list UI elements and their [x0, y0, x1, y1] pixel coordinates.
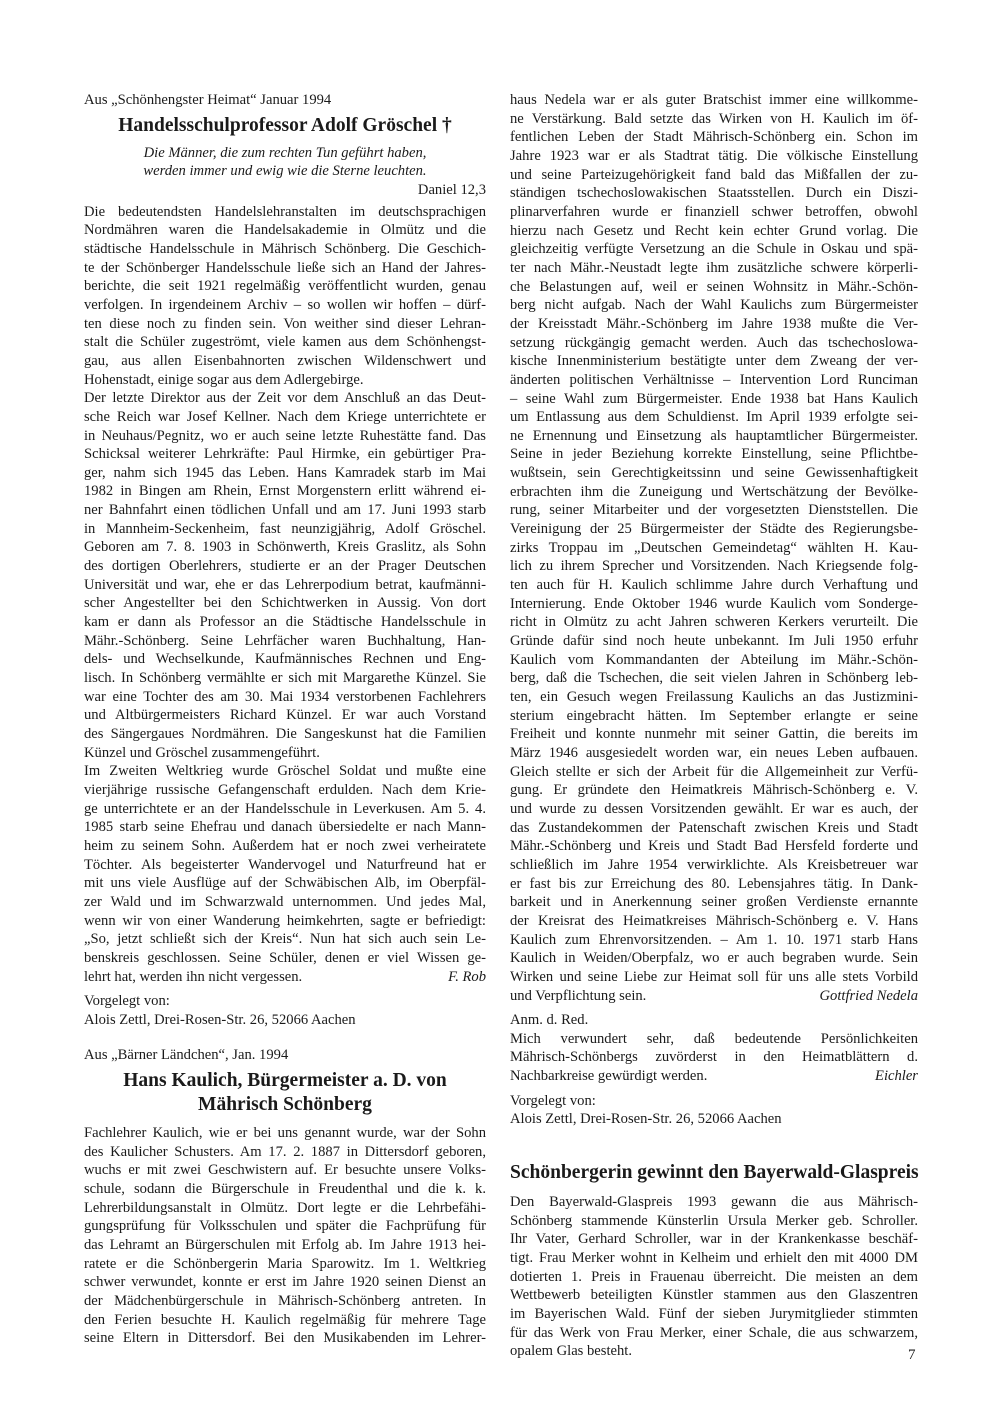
text-line: ten auch für H. Kaulich schlimme Jahre d…: [510, 576, 918, 595]
text-line: Geboren am 7. 8. 1903 in Schönwerth, Kre…: [84, 538, 486, 557]
text-line: und wurde zu dessen Vorsitzenden gewählt…: [510, 800, 918, 819]
text-line: – seine Wahl zum Bürgermeister. Ende 193…: [510, 390, 918, 409]
article2-submitted-by: Alois Zettl, Drei-Rosen-Str. 26, 52066 A…: [510, 1110, 918, 1129]
article2-submitted-label: Vorgelegt von:: [510, 1092, 918, 1111]
article1-source: Aus „Schönhengster Heimat“ Januar 1994: [84, 91, 486, 110]
text-line: Wirken und seine Liebe zur Heimat soll f…: [510, 968, 918, 987]
text-line: setzung rückgängig gemacht werden. Auch …: [510, 334, 918, 353]
text-line: Ihr Vater, Gerhard Schroller, war in der…: [510, 1230, 918, 1249]
text-line: das Zustandekommen der Patenschaft zwisc…: [510, 819, 918, 838]
text-line: vierjährige russische Gefangenschaft erd…: [84, 781, 486, 800]
text-line: Mich verwundert sehr, daß bedeutende Per…: [510, 1030, 918, 1049]
text-line: gleichzeitig verfügte Versetzung an die …: [510, 240, 918, 259]
text-line: Den Bayerwald-Glaspreis 1993 gewann die …: [510, 1193, 918, 1212]
text-line: das Lehramt an Bürgerschulen mit Erfolg …: [84, 1236, 486, 1255]
text-line: kam er dann als Professor an die Städtis…: [84, 613, 486, 632]
text-line: wuchs er mit zwei Geschwistern auf. Er b…: [84, 1161, 486, 1180]
text-line: berg, daß die Tschechen, die seit vielen…: [510, 669, 918, 688]
text-line: wenn wir von einer Wanderung heimkehrten…: [84, 912, 486, 931]
text-line: des Kaulicher Schusters. Am 17. 2. 1887 …: [84, 1143, 486, 1162]
text-line: verfolgen. In irgendeinem Archiv – so wo…: [84, 296, 486, 315]
text-line: zirks Troppau im „Deutschen Gemeindetag“…: [510, 539, 918, 558]
text-line: schwer verwundet, konnte er erst im Jahr…: [84, 1273, 486, 1292]
article1-title: Handelsschulprofessor Adolf Gröschel †: [84, 114, 486, 138]
text-line: fentlichen Leben der Stadt Mährisch-Schö…: [510, 128, 918, 147]
text-line: Im Zweiten Weltkrieg wurde Gröschel Sold…: [84, 762, 486, 781]
text-line: Schönberg stammende Künsterlin Ursula Me…: [510, 1212, 918, 1231]
text-line: und seine Parteizugehörigkeit fand bald …: [510, 166, 918, 185]
article2-source: Aus „Bärner Ländchen“, Jan. 1994: [84, 1046, 486, 1065]
text-line: erbrachten ihm die Zuneigung und Wertsch…: [510, 483, 918, 502]
text-line: wußtsein, sein Gerechtigkeitssinn und se…: [510, 464, 918, 483]
text-line: ger, nahm sich 1945 das Leben. Hans Kamr…: [84, 464, 486, 483]
text-line: „So, jetzt schließt sich der Kreis“. Nun…: [84, 930, 486, 949]
editor-note-signature-line: Nachbarkreise gewürdigt werden. Eichler: [510, 1067, 918, 1086]
text-line: ter nach Mähr.-Neustadt legte ihm zusätz…: [510, 259, 918, 278]
text-line: Jahre 1923 war er als Stadtrat tätig. Di…: [510, 147, 918, 166]
text-line: benskreis geschlossen. Seine Schüler, de…: [84, 949, 486, 968]
text-line: sterium eingebracht hätten. Im September…: [510, 707, 918, 726]
text-line: ständigen tschechoslowakischen Staatsste…: [510, 184, 918, 203]
text-line: städtische Handelsschule in Mährisch Sch…: [84, 240, 486, 259]
text-line: gau, aus allen Eisenbahnorten zwischen W…: [84, 352, 486, 371]
article2-last-line: und Verpflichtung sein.: [510, 987, 646, 1006]
text-line: mit uns viele Ausflüge auf der Schwäbisc…: [84, 874, 486, 893]
text-line: Nordmähren waren die Handelsakademie in …: [84, 221, 486, 240]
text-line: hierzu nach Gesetz und Recht kein echter…: [510, 222, 918, 241]
editor-note-label: Anm. d. Red.: [510, 1011, 918, 1030]
text-line: haus Nedela war er als guter Bratschist …: [510, 91, 918, 110]
text-line: Gründe dafür sind noch heute unbekannt. …: [510, 632, 918, 651]
text-line: der Mädchenbürgerschule in Mährisch-Schö…: [84, 1292, 486, 1311]
text-line: Freiheit und konnte nunmehr mit seiner G…: [510, 725, 918, 744]
text-line: im Bayerischen Wald. Fünf der sieben Jur…: [510, 1305, 918, 1324]
text-line: der Kreisrat des Heimatkreises Mährisch-…: [510, 912, 918, 931]
article1-author: F. Rob: [448, 968, 486, 987]
text-line: richt in Olmütz zu acht Jahren schweren …: [510, 613, 918, 632]
text-line: Kaulich vom Kommandanten der Abteilung i…: [510, 651, 918, 670]
text-line: des dortigen Oberlehrers, studierte er a…: [84, 557, 486, 576]
text-line: ten diese noch zu finden sein. Von weith…: [84, 315, 486, 334]
article2-body-left: Fachlehrer Kaulich, wie er bei uns genan…: [84, 1124, 486, 1348]
text-line: März 1946 ausgesiedelt worden war, ein n…: [510, 744, 918, 763]
text-line: lich zu ihrem Sprecher und Vorsitzenden.…: [510, 557, 918, 576]
text-line: in Neuhaus/Pegnitz, wo er auch seine let…: [84, 427, 486, 446]
article1-submitted-label: Vorgelegt von:: [84, 992, 486, 1011]
text-line: in Mannheim-Seckenheim, fast neunzigjähr…: [84, 520, 486, 539]
text-line: Mähr.-Schönberg und Kreis und Stadt Bad …: [510, 837, 918, 856]
text-line: kische Innenministerium bestätigte unter…: [510, 352, 918, 371]
text-line: Hohenstadt, einige sogar aus dem Adlerge…: [84, 371, 486, 390]
page-number: 7: [908, 1347, 916, 1364]
text-line: Fachlehrer Kaulich, wie er bei uns genan…: [84, 1124, 486, 1143]
article2-title-line: Hans Kaulich, Bürgermeister a. D. von: [84, 1069, 486, 1093]
text-line: Vereinigung der 25 Bürgermeister der Stä…: [510, 520, 918, 539]
text-line: schließlich im Jahre 1954 verwirklichte.…: [510, 856, 918, 875]
text-line: der Kreisstadt Mähr.-Schönberg im Jahre …: [510, 315, 918, 334]
left-column: Aus „Schönhengster Heimat“ Januar 1994 H…: [84, 91, 486, 1348]
text-line: ten, ein Gesuch wegen Freilassung Kaulic…: [510, 688, 918, 707]
text-line: Der letzte Direktor aus der Zeit vor dem…: [84, 389, 486, 408]
article1-submitted-by: Alois Zettl, Drei-Rosen-Str. 26, 52066 A…: [84, 1011, 486, 1030]
text-line: Seine in jeder Beziehung korrekte Einste…: [510, 445, 918, 464]
text-line: dotierten 1. Preis in Frauenau überreich…: [510, 1268, 918, 1287]
text-line: che Belastungen auf, weil er seinen Wohn…: [510, 278, 918, 297]
text-line: Wettbewerb beteiligten Künstler stammen …: [510, 1286, 918, 1305]
editor-note-author: Eichler: [875, 1067, 918, 1086]
text-line: seine Eltern in Dittersdorf. Bei den Mus…: [84, 1329, 486, 1348]
text-line: er fast bis zur Erreichung des 80. Leben…: [510, 875, 918, 894]
text-line: ratete er die Schönbergerin Maria Sparow…: [84, 1255, 486, 1274]
text-line: scher Angestellter bei den Schichtwerken…: [84, 594, 486, 613]
text-line: Künzel und Gröschel zusammengeführt.: [84, 744, 486, 763]
text-line: gung. Er gründete den Heimatkreis Mähris…: [510, 781, 918, 800]
text-line: Mähr.-Schönberg. Seine Lehrfächer waren …: [84, 632, 486, 651]
text-line: rung, seiner Mitarbeiter und der vorgese…: [510, 501, 918, 520]
text-line: ne Ernennung und Einsetzung als hauptamt…: [510, 427, 918, 446]
article1-motto-line: Die Männer, die zum rechten Tun geführt …: [84, 144, 486, 163]
article1-body: Die bedeutendsten Handelslehranstalten i…: [84, 203, 486, 968]
text-line: plinarverfahren wurde er finanziell schw…: [510, 203, 918, 222]
text-line: 1985 starb seine Ehefrau und danach über…: [84, 818, 486, 837]
text-line: des Sängergaues Nordmähren. Die Sangesku…: [84, 725, 486, 744]
text-line: dels- und Wechselkunde, Kaufmännisches R…: [84, 650, 486, 669]
article2-signature-line: und Verpflichtung sein. Gottfried Nedela: [510, 987, 918, 1006]
editor-note-body: Mich verwundert sehr, daß bedeutende Per…: [510, 1030, 918, 1067]
text-line: Kaulich zum Ehrenvorsitzenden. – Am 1. 1…: [510, 931, 918, 950]
article3-last-line: opalem Glas besteht.: [510, 1342, 918, 1361]
article1-last-line: lehrt hat, werden ihn nicht vergessen.: [84, 968, 302, 987]
article1-motto-line: werden immer und ewig wie die Sterne leu…: [84, 162, 486, 181]
text-line: für das Werk von Frau Merker, einer Scha…: [510, 1324, 918, 1343]
text-line: stalt die Schüler zugeströmt, viele kame…: [84, 333, 486, 352]
text-line: den Ferien besuchte H. Kaulich regelmäßi…: [84, 1311, 486, 1330]
text-line: gungsprüfung für Volksschulen und später…: [84, 1217, 486, 1236]
article3-title: Schönbergerin gewinnt den Bayerwald-Glas…: [510, 1161, 918, 1185]
text-line: ge unterrichtete er an der Handelsschule…: [84, 800, 486, 819]
text-line: zer Wald und im Schwarzwald unternommen.…: [84, 893, 486, 912]
text-line: barkeit und in Anerkennung seiner großen…: [510, 893, 918, 912]
text-line: Kaulich in Weiden/Oberpfalz, wo er auch …: [510, 949, 918, 968]
article2-body-right: haus Nedela war er als guter Bratschist …: [510, 91, 918, 987]
text-line: ne Verstärkung. Bald setzte das Wirken v…: [510, 110, 918, 129]
text-line: Die bedeutendsten Handelslehranstalten i…: [84, 203, 486, 222]
text-line: Mährisch-Schönbergs zuvörderst in den He…: [510, 1048, 918, 1067]
text-line: sche Reich war Josef Kellner. Nach dem K…: [84, 408, 486, 427]
text-line: te der Schönberger Handelsschule ließe s…: [84, 259, 486, 278]
article1-signature-line: lehrt hat, werden ihn nicht vergessen. F…: [84, 968, 486, 987]
text-line: lisch. In Schönberg vermählte er sich mi…: [84, 669, 486, 688]
text-line: heim zu seinem Sohn. Außerdem hat er noc…: [84, 837, 486, 856]
text-line: um Entlassung aus dem Schuldienst. Im Ap…: [510, 408, 918, 427]
text-line: ner Bahnfahrt einen tödlichen Unfall und…: [84, 501, 486, 520]
text-line: tigt. Frau Merker wohnt in Kelheim und e…: [510, 1249, 918, 1268]
text-line: und Altbürgermeisters Richard Künzel. Er…: [84, 706, 486, 725]
text-line: Gleich stellte er sich der Arbeit für di…: [510, 763, 918, 782]
text-line: war eine Tochter des am 30. Mai 1934 ver…: [84, 688, 486, 707]
text-line: Internierung. Ende Oktober 1946 wurde Ka…: [510, 595, 918, 614]
article3-body: Den Bayerwald-Glaspreis 1993 gewann die …: [510, 1193, 918, 1342]
article2-author: Gottfried Nedela: [820, 987, 919, 1006]
text-line: änderten politischen Verhältnisse – Inte…: [510, 371, 918, 390]
text-line: Töchter. Als begeisterter Wandervogel un…: [84, 856, 486, 875]
text-line: berg nicht aufgab. Nach der Wahl Kaulich…: [510, 296, 918, 315]
text-line: Lehrerbildungsanstalt in Olmütz. Dort le…: [84, 1199, 486, 1218]
text-line: Universität und war, ehe er das Lehrerpo…: [84, 576, 486, 595]
right-column: haus Nedela war er als guter Bratschist …: [510, 91, 918, 1361]
text-line: 1982 in Bingen am Rhein, Ernst Morgenste…: [84, 482, 486, 501]
text-line: berichte, die seit 1921 regelmäßig veröf…: [84, 277, 486, 296]
editor-note-last-line: Nachbarkreise gewürdigt werden.: [510, 1067, 707, 1086]
text-line: Schicksal weiterer Lehrkräfte: Paul Hirm…: [84, 445, 486, 464]
article2-title-line: Mährisch Schönberg: [84, 1093, 486, 1117]
article1-motto-ref: Daniel 12,3: [84, 181, 486, 200]
text-line: schule, sodann die Bürgerschule in Freud…: [84, 1180, 486, 1199]
